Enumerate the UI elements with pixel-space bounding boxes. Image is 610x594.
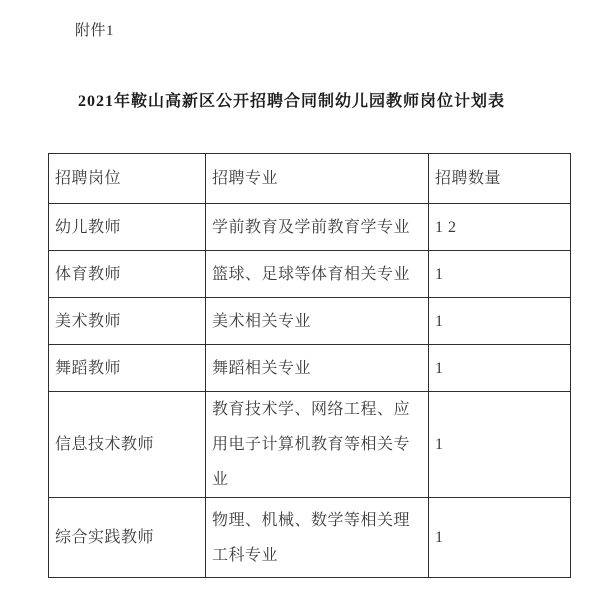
cell-position: 体育教师 bbox=[49, 251, 206, 298]
header-position: 招聘岗位 bbox=[49, 154, 206, 204]
cell-position: 美术教师 bbox=[49, 298, 206, 345]
cell-major: 学前教育及学前教育学专业 bbox=[206, 204, 429, 251]
table-row: 幼儿教师学前教育及学前教育学专业1 2 bbox=[49, 204, 571, 251]
cell-count: 1 2 bbox=[429, 204, 571, 251]
header-major: 招聘专业 bbox=[206, 154, 429, 204]
cell-count: 1 bbox=[429, 298, 571, 345]
table-row: 综合实践教师物理、机械、数学等相关理工科专业1 bbox=[49, 498, 571, 578]
page-title: 2021年鞍山高新区公开招聘合同制幼儿园教师岗位计划表 bbox=[78, 88, 505, 111]
cell-count: 1 bbox=[429, 392, 571, 498]
table-row: 美术教师美术相关专业1 bbox=[49, 298, 571, 345]
attachment-label: 附件1 bbox=[75, 19, 114, 40]
table-row: 舞蹈教师舞蹈相关专业1 bbox=[49, 345, 571, 392]
table-header-row: 招聘岗位 招聘专业 招聘数量 bbox=[49, 154, 571, 204]
cell-count: 1 bbox=[429, 498, 571, 578]
cell-major: 教育技术学、网络工程、应用电子计算机教育等相关专业 bbox=[206, 392, 429, 498]
cell-position: 幼儿教师 bbox=[49, 204, 206, 251]
recruitment-plan-table: 招聘岗位 招聘专业 招聘数量 幼儿教师学前教育及学前教育学专业1 2体育教师篮球… bbox=[48, 153, 571, 578]
document-page: 附件1 2021年鞍山高新区公开招聘合同制幼儿园教师岗位计划表 招聘岗位 招聘专… bbox=[0, 0, 610, 594]
cell-count: 1 bbox=[429, 251, 571, 298]
cell-count: 1 bbox=[429, 345, 571, 392]
cell-major: 舞蹈相关专业 bbox=[206, 345, 429, 392]
header-count: 招聘数量 bbox=[429, 154, 571, 204]
table-row: 信息技术教师教育技术学、网络工程、应用电子计算机教育等相关专业1 bbox=[49, 392, 571, 498]
cell-position: 舞蹈教师 bbox=[49, 345, 206, 392]
cell-position: 综合实践教师 bbox=[49, 498, 206, 578]
cell-position: 信息技术教师 bbox=[49, 392, 206, 498]
cell-major: 物理、机械、数学等相关理工科专业 bbox=[206, 498, 429, 578]
cell-major: 美术相关专业 bbox=[206, 298, 429, 345]
table-row: 体育教师篮球、足球等体育相关专业1 bbox=[49, 251, 571, 298]
cell-major: 篮球、足球等体育相关专业 bbox=[206, 251, 429, 298]
